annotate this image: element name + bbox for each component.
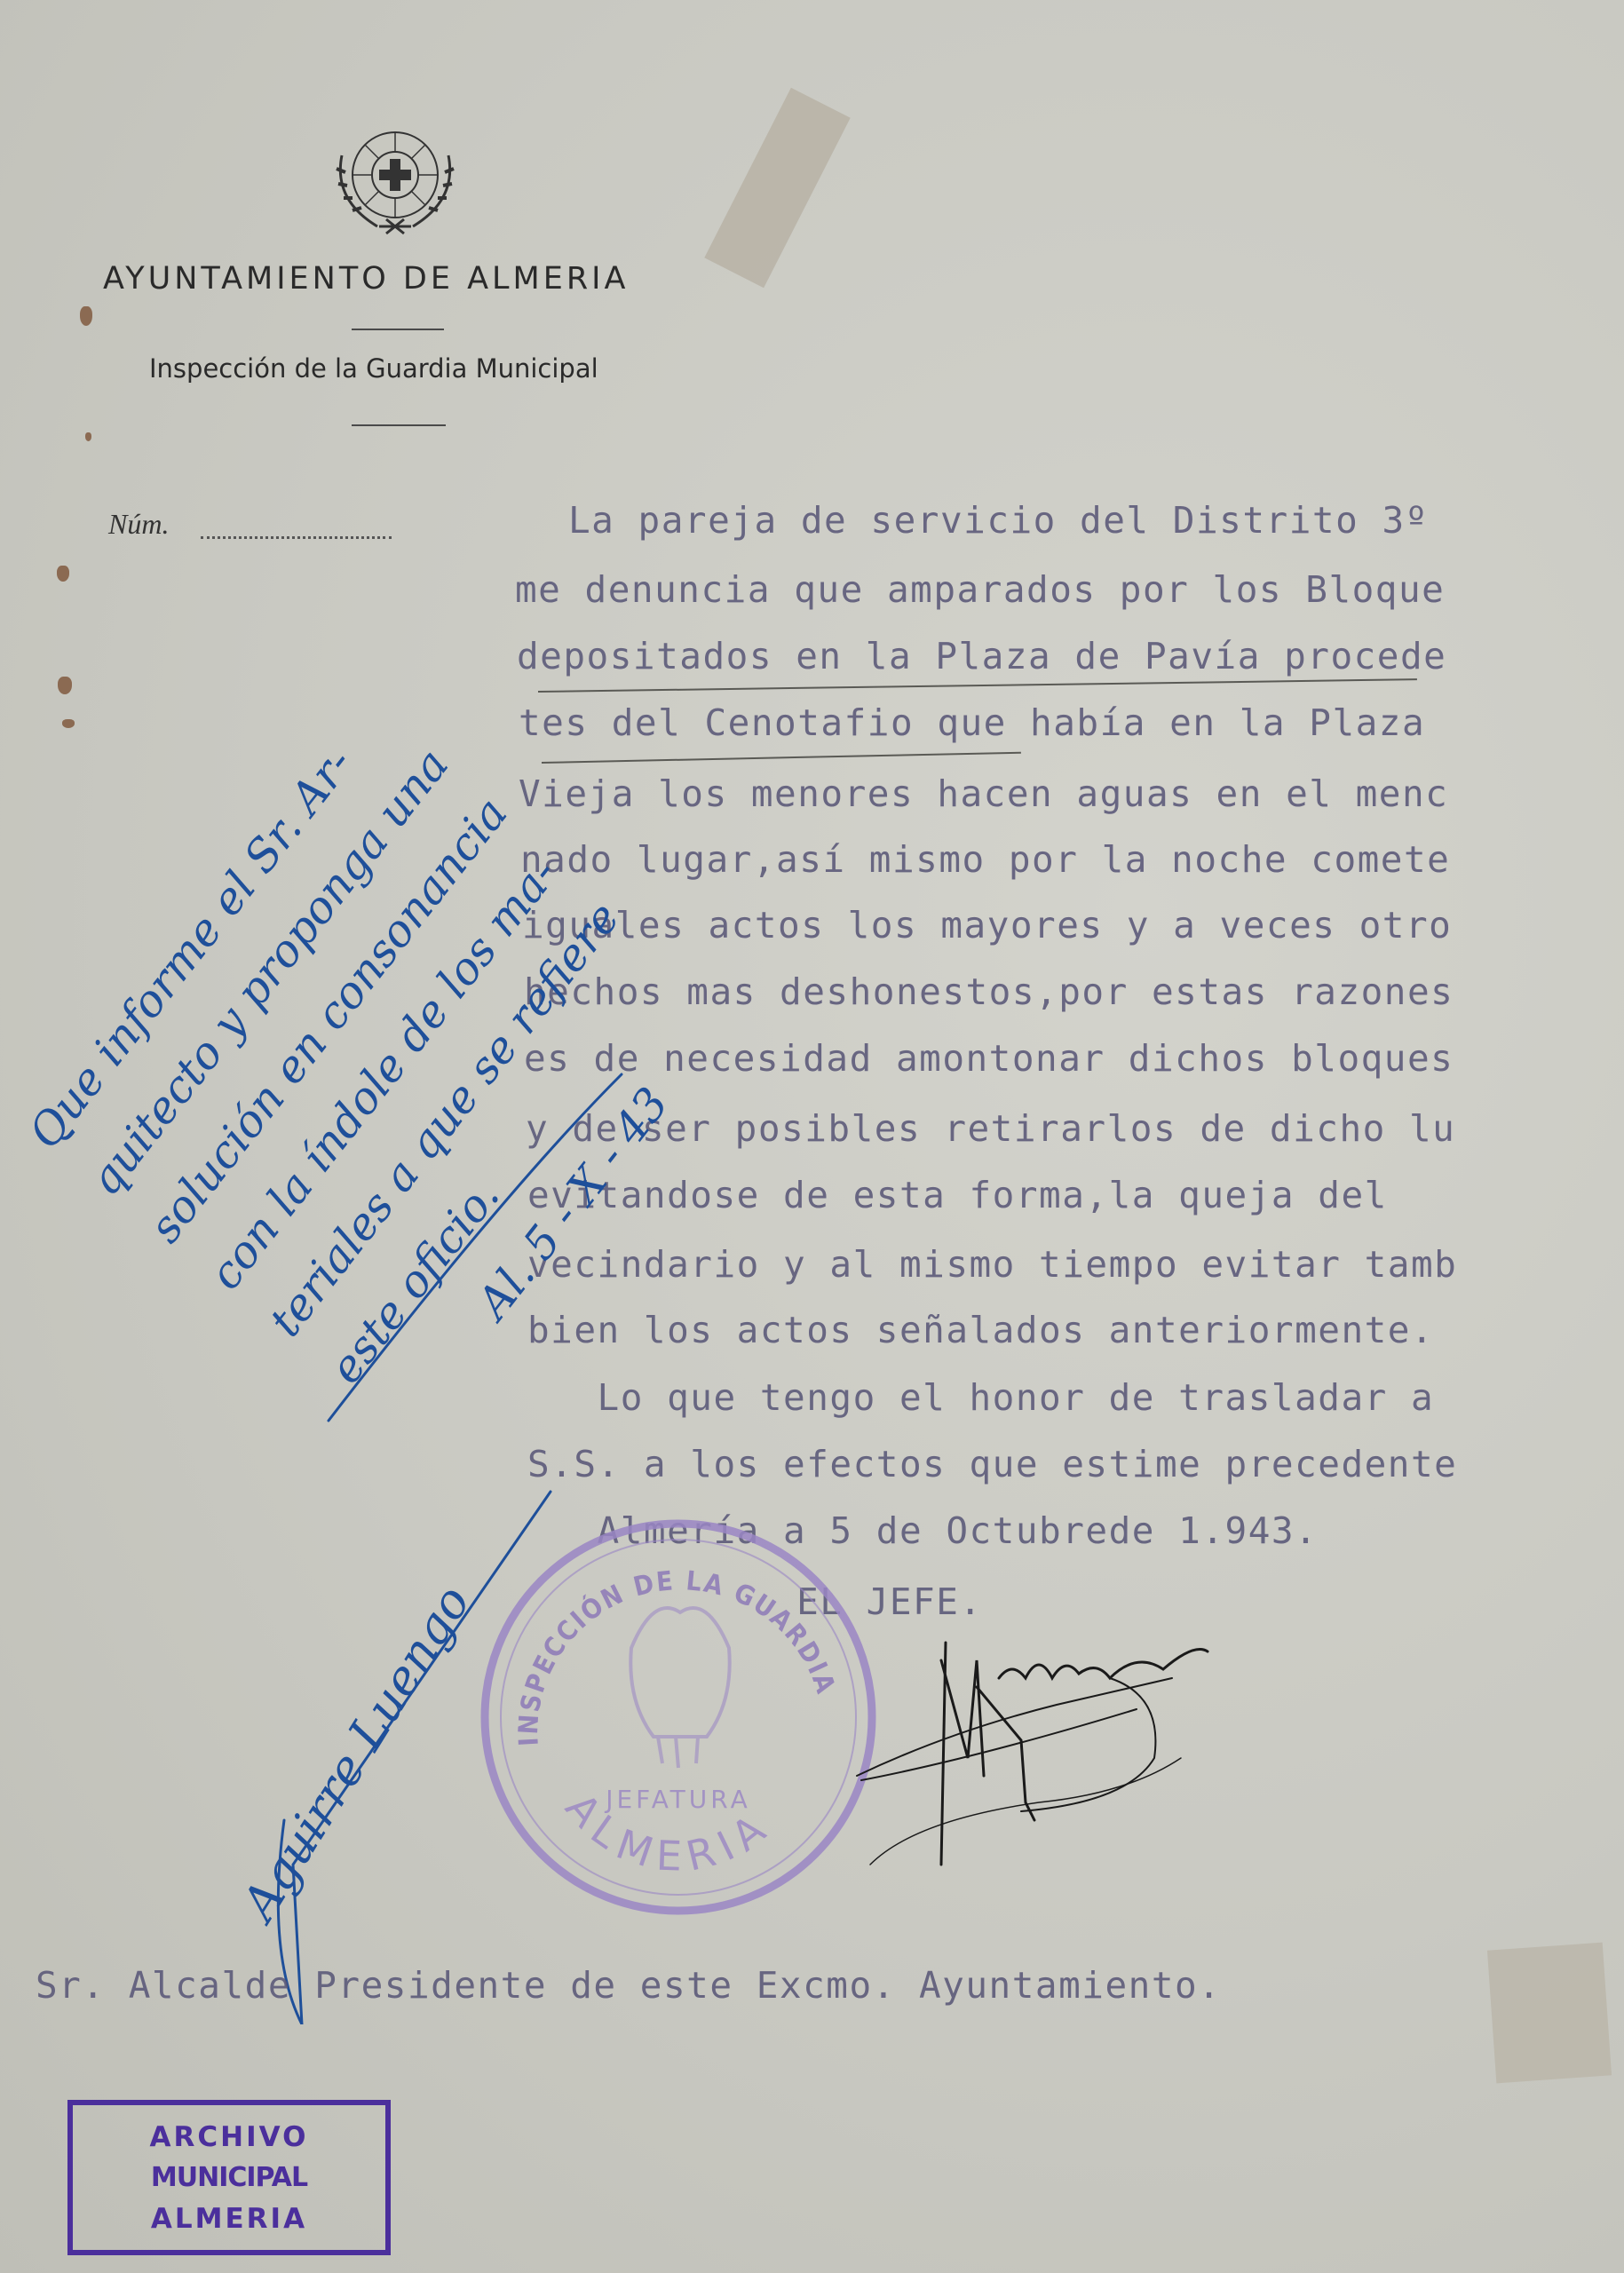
body-line: tes del Cenotafio que había en la Plaza bbox=[519, 701, 1425, 744]
organization-name: AYUNTAMIENTO DE ALMERIA bbox=[103, 261, 629, 297]
body-line: bien los actos señalados anteriormente. bbox=[527, 1309, 1434, 1351]
archive-stamp-line: ARCHIVO bbox=[150, 2119, 309, 2155]
body-line: nado lugar,así mismo por la noche comete bbox=[520, 838, 1450, 881]
body-line: evitandose de esta forma,la queja del bbox=[527, 1174, 1388, 1216]
body-line: La pareja de servicio del Distrito 3º bbox=[568, 499, 1429, 542]
punch-hole-mark bbox=[80, 306, 92, 326]
pencil-underline bbox=[538, 678, 1417, 693]
body-line: me denuncia que amparados por los Bloque bbox=[515, 568, 1445, 611]
pencil-underline bbox=[542, 752, 1021, 764]
number-field bbox=[201, 536, 392, 539]
almeria-coat-of-arms-icon bbox=[324, 120, 466, 244]
chief-signature bbox=[844, 1625, 1234, 1882]
body-line: depositados en la Plaza de Pavía procede bbox=[517, 635, 1446, 677]
body-line: S.S. a los efectos que estime precedente bbox=[527, 1443, 1457, 1485]
body-line: Lo que tengo el honor de trasladar a bbox=[527, 1376, 1434, 1419]
document-page: AYUNTAMIENTO DE ALMERIA Inspección de la… bbox=[0, 0, 1624, 2273]
adhesive-tape-bottom bbox=[1487, 1943, 1612, 2084]
addressee-line: Sr. Alcalde Presidente de este Excmo. Ay… bbox=[36, 1964, 1221, 2007]
punch-hole-mark bbox=[58, 677, 72, 694]
archive-stamp-line: MUNICIPAL bbox=[151, 2160, 307, 2196]
header-divider bbox=[352, 329, 444, 330]
punch-hole-mark bbox=[57, 566, 69, 582]
archive-stamp-line: ALMERIA bbox=[151, 2201, 307, 2237]
number-label: Núm. bbox=[108, 508, 169, 541]
archive-municipal-stamp: ARCHIVO MUNICIPAL ALMERIA bbox=[67, 2100, 391, 2255]
punch-hole-mark bbox=[85, 432, 91, 441]
adhesive-tape-top bbox=[704, 88, 850, 289]
punch-hole-mark bbox=[62, 719, 75, 728]
body-line: Vieja los menores hacen aguas en el menc bbox=[519, 772, 1448, 815]
annotation-signature-flourish bbox=[240, 1065, 639, 2024]
body-line: vecindario y al mismo tiempo evitar tamb bbox=[527, 1243, 1457, 1286]
department-name: Inspección de la Guardia Municipal bbox=[149, 353, 598, 384]
eagle-emblem-icon bbox=[630, 1608, 729, 1768]
header-divider bbox=[352, 424, 446, 426]
